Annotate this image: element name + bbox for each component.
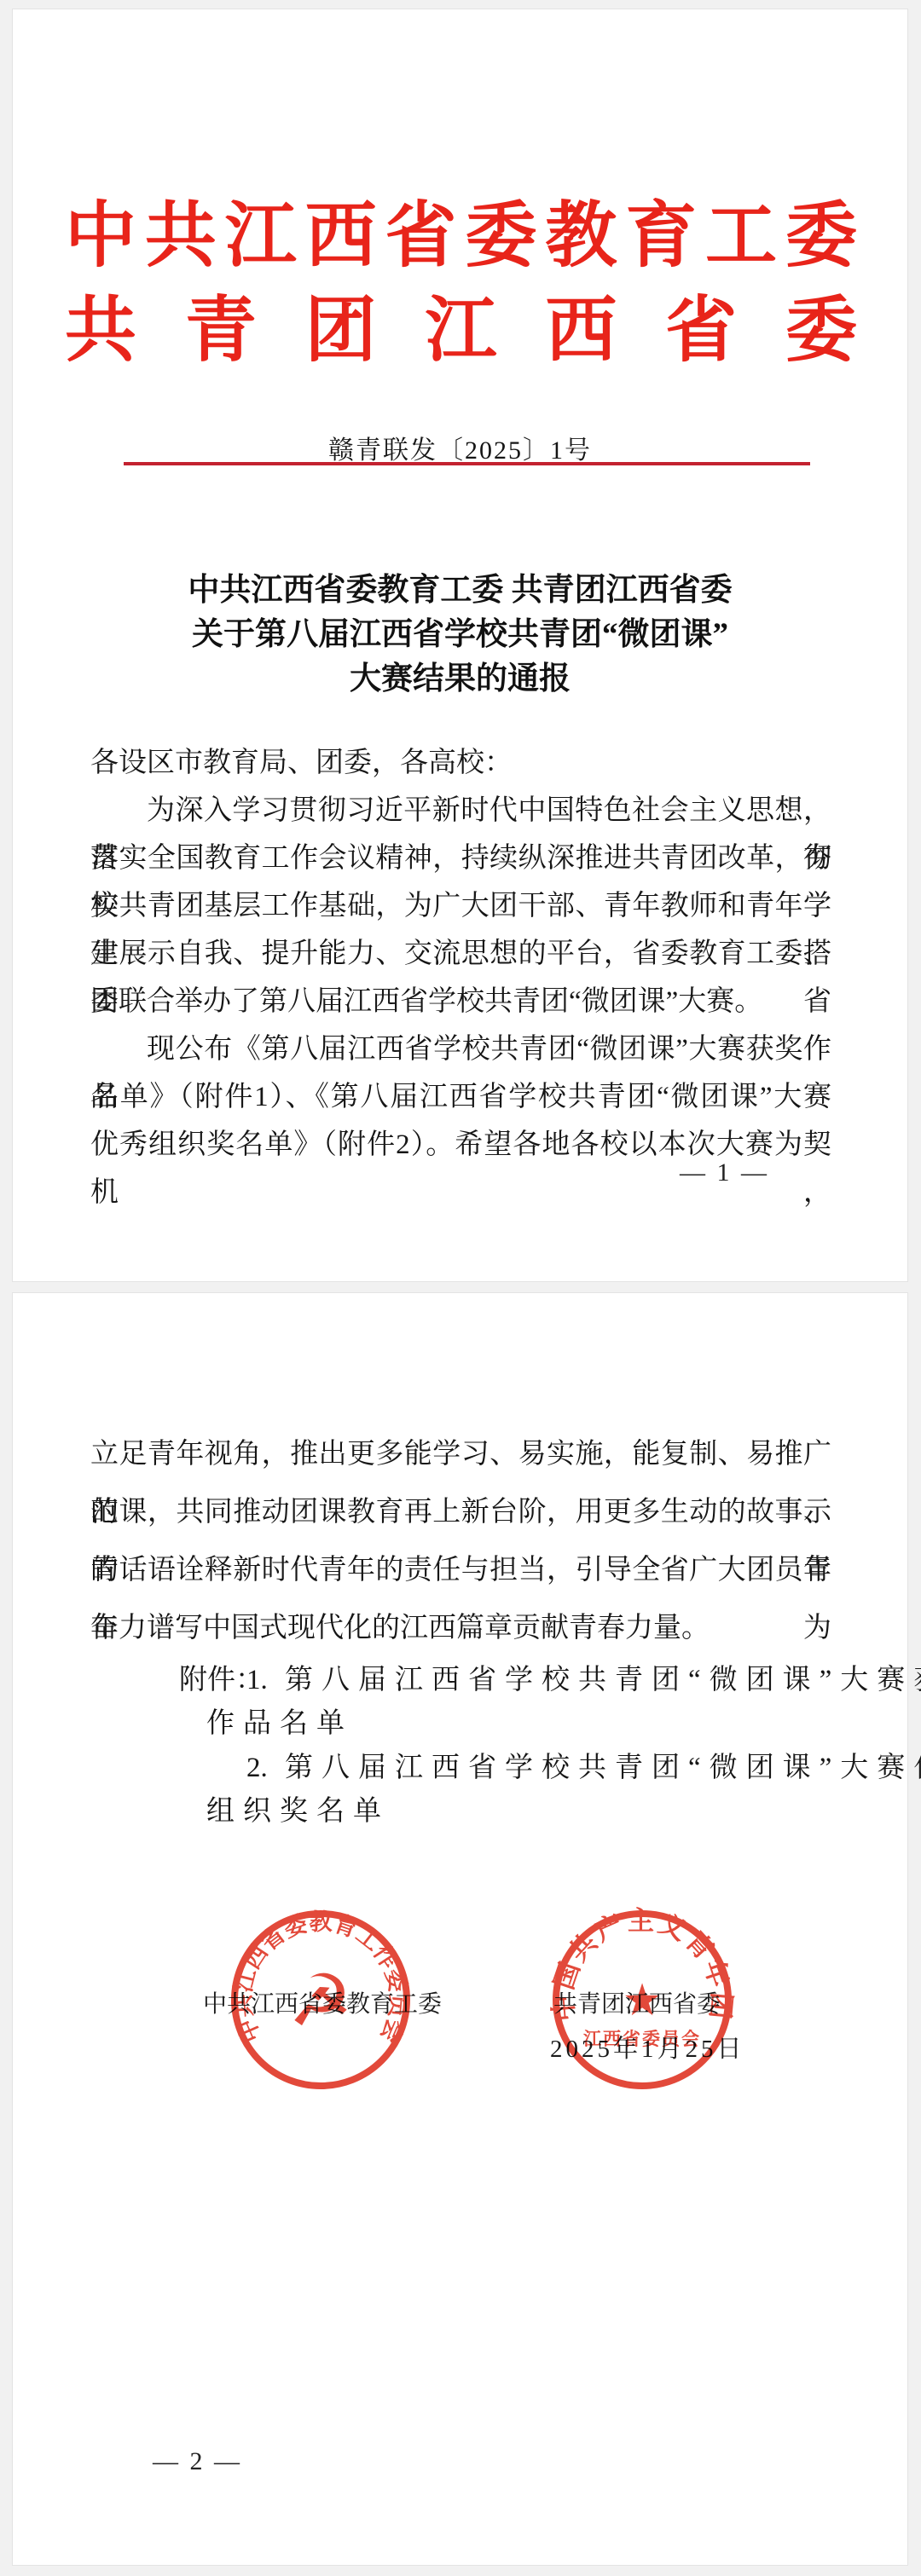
letterhead-line-2: 共青团江西省委 <box>65 294 857 368</box>
hammer-sickle-icon: ☭ <box>288 1962 352 2042</box>
page2-body-text: 立足青年视角，推出更多能学习、易实施，能复制、易推广的示 范课，共同推动团课教育… <box>90 1425 831 1657</box>
star-icon: ★ <box>623 1977 663 2025</box>
attachment-item-continuation: 组织奖名单 <box>206 1790 390 1834</box>
attachment-item-continuation: 作品名单 <box>206 1702 353 1746</box>
official-seal-party-education-committee: 中共江西省委教育工作委员会 ☭ <box>227 1906 414 2094</box>
attachment-item-text: 第八届江西省学校共青团“微团课”大赛获奖 <box>285 1659 921 1702</box>
body-line: 立足青年视角，推出更多能学习、易实施，能复制、易推广的示 <box>90 1425 831 1483</box>
document-page-1: 中共江西省委教育工委 共青团江西省委 赣青联发〔2025〕1号 中共江西省委教育… <box>12 9 908 1282</box>
document-title-line-2: 关于第八届江西省学校共青团“微团课” <box>13 613 907 657</box>
page1-body-text: 各设区市教育局、团委，各高校： 为深入学习贯彻习近平新时代中国特色社会主义思想，… <box>90 739 831 1169</box>
body-line: 的话语诠释新时代青年的责任与担当，引导全省广大团员青年为 <box>90 1541 831 1599</box>
page-number-1: — 1 — <box>680 1158 769 1187</box>
page-number-2: — 2 — <box>153 2447 242 2476</box>
body-line: 名单》（附件1）、《第八届江西省学校共青团“微团课”大赛 <box>90 1073 831 1121</box>
official-seal-youth-league-committee: 中国共产主义青年团 ★ 江西省委员会 <box>548 1906 736 2094</box>
letterhead-divider-rule <box>124 462 810 465</box>
document-title-line-1: 中共江西省委教育工委 共青团江西省委 <box>13 569 907 613</box>
document-page-2: 立足青年视角，推出更多能学习、易实施，能复制、易推广的示 范课，共同推动团课教育… <box>12 1292 908 2566</box>
body-line: 为深入学习贯彻习近平新时代中国特色社会主义思想，贯彻 <box>90 787 831 835</box>
attachment-item-number: 1. <box>246 1659 268 1702</box>
document-title-line-3: 大赛结果的通报 <box>13 657 907 702</box>
body-line: 落实全国教育工作会议精神，持续纵深推进共青团改革，夯实学 <box>90 835 831 882</box>
document-viewer: { "colors": { "letterhead_red": "#e8241a… <box>0 0 921 2576</box>
seal-inner-text: 江西省委员会 <box>583 2029 701 2049</box>
body-line: 建展示自我、提升能力、交流思想的平台，省委教育工委、团省 <box>90 930 831 978</box>
body-line: 各设区市教育局、团委，各高校： <box>90 739 831 787</box>
body-line: 范课，共同推动团课教育再上新台阶，用更多生动的故事、青年 <box>90 1483 831 1541</box>
attachment-item-text: 第八届江西省学校共青团“微团课”大赛优秀 <box>285 1747 921 1790</box>
body-line: 现公布《第八届江西省学校共青团“微团课”大赛获奖作品 <box>90 1025 831 1073</box>
letterhead-line-1: 中共江西省委教育工委 <box>65 199 857 274</box>
document-number: 赣青联发〔2025〕1号 <box>13 429 907 466</box>
body-line: 委联合举办了第八届江西省学校共青团“微团课”大赛。 <box>90 978 831 1025</box>
body-line: 校共青团基层工作基础，为广大团干部、青年教师和青年学生搭 <box>90 882 831 930</box>
attachment-item-number: 2. <box>246 1747 268 1790</box>
